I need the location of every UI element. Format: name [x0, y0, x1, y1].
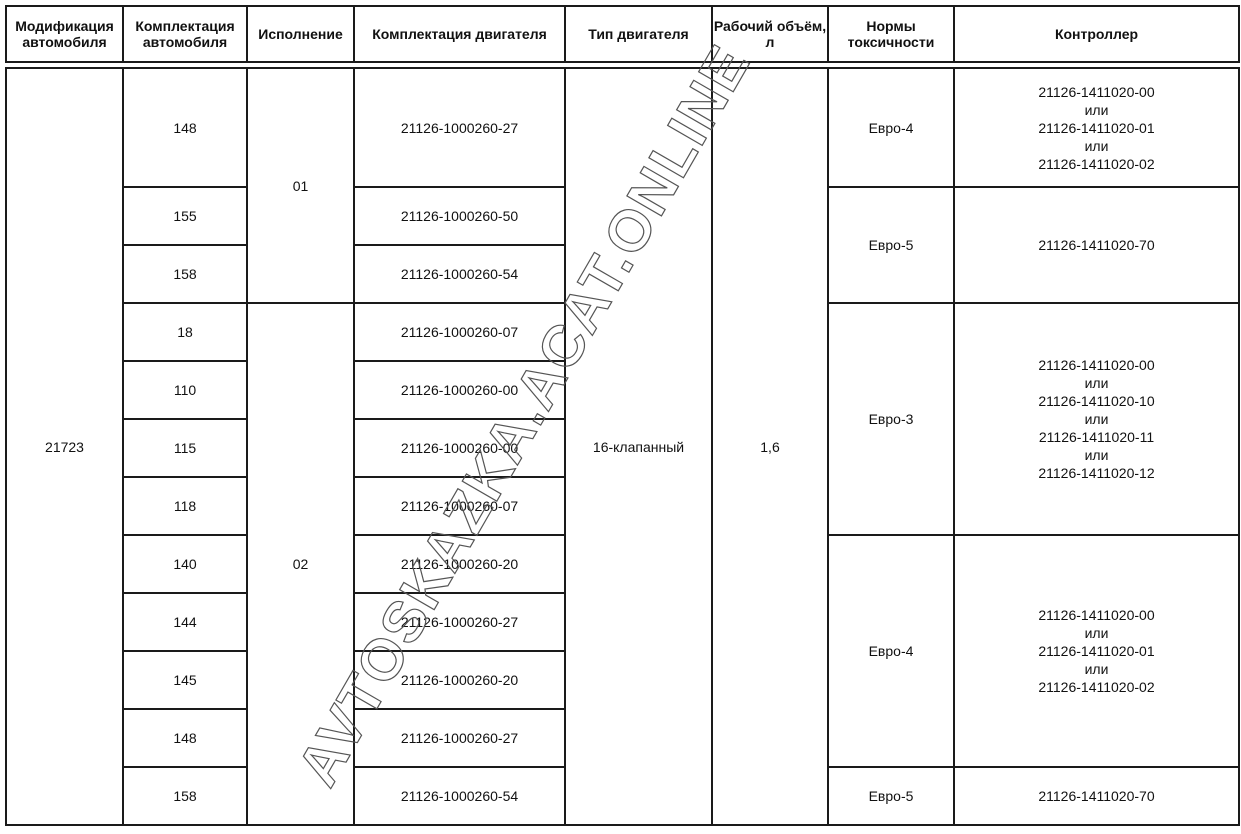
or-label: или: [955, 137, 1238, 155]
cell-car-complect: 18: [123, 303, 247, 361]
cell-car-complect: 148: [123, 709, 247, 767]
cell-toxicity-norm: Евро-4: [828, 535, 954, 767]
cell-car-complect: 155: [123, 187, 247, 245]
cell-engine-complect: 21126-1000260-50: [354, 187, 565, 245]
cell-engine-complect: 21126-1000260-54: [354, 767, 565, 825]
cell-car-complect: 140: [123, 535, 247, 593]
cell-car-complect: 118: [123, 477, 247, 535]
or-label: или: [955, 374, 1238, 392]
cell-car-complect: 158: [123, 767, 247, 825]
cell-controller: 21126-1411020-00или21126-1411020-10или21…: [954, 303, 1239, 535]
table-body: 217231480121126-1000260-2716-клапанный1,…: [5, 67, 1240, 826]
controller-part-number: 21126-1411020-12: [955, 464, 1238, 482]
table-header: Модификация автомобиля Комплектация авто…: [5, 5, 1240, 63]
cell-toxicity-norm: Евро-5: [828, 767, 954, 825]
cell-controller: 21126-1411020-00или21126-1411020-01или21…: [954, 535, 1239, 767]
cell-engine-complect: 21126-1000260-27: [354, 593, 565, 651]
header-toxicity-norms: Нормы токсичности: [828, 6, 954, 62]
controller-part-number: 21126-1411020-02: [955, 678, 1238, 696]
cell-engine-complect: 21126-1000260-54: [354, 245, 565, 303]
controller-part-number: 21126-1411020-00: [955, 83, 1238, 101]
or-label: или: [955, 660, 1238, 678]
header-car-complect: Комплектация автомобиля: [123, 6, 247, 62]
cell-engine-complect: 21126-1000260-00: [354, 419, 565, 477]
controller-part-number: 21126-1411020-01: [955, 119, 1238, 137]
cell-car-complect: 148: [123, 68, 247, 187]
cell-engine-complect: 21126-1000260-27: [354, 68, 565, 187]
cell-variant: 02: [247, 303, 354, 825]
cell-car-complect: 144: [123, 593, 247, 651]
cell-engine-complect: 21126-1000260-20: [354, 535, 565, 593]
cell-modification: 21723: [6, 68, 123, 825]
controller-part-number: 21126-1411020-01: [955, 642, 1238, 660]
cell-controller: 21126-1411020-00или21126-1411020-01или21…: [954, 68, 1239, 187]
cell-displacement: 1,6: [712, 68, 828, 825]
controller-part-number: 21126-1411020-11: [955, 428, 1238, 446]
table-row: 217231480121126-1000260-2716-клапанный1,…: [6, 68, 1239, 187]
cell-car-complect: 110: [123, 361, 247, 419]
cell-variant: 01: [247, 68, 354, 303]
cell-engine-complect: 21126-1000260-20: [354, 651, 565, 709]
header-engine-type: Тип двигателя: [565, 6, 712, 62]
cell-car-complect: 158: [123, 245, 247, 303]
or-label: или: [955, 446, 1238, 464]
or-label: или: [955, 101, 1238, 119]
controller-part-number: 21126-1411020-70: [955, 236, 1238, 254]
cell-toxicity-norm: Евро-4: [828, 68, 954, 187]
cell-engine-complect: 21126-1000260-07: [354, 477, 565, 535]
or-label: или: [955, 410, 1238, 428]
cell-toxicity-norm: Евро-3: [828, 303, 954, 535]
controller-part-number: 21126-1411020-00: [955, 356, 1238, 374]
controller-part-number: 21126-1411020-10: [955, 392, 1238, 410]
cell-controller: 21126-1411020-70: [954, 767, 1239, 825]
header-engine-complect: Комплектация двигателя: [354, 6, 565, 62]
header-displacement: Рабочий объём, л: [712, 6, 828, 62]
cell-car-complect: 145: [123, 651, 247, 709]
cell-engine-complect: 21126-1000260-00: [354, 361, 565, 419]
cell-toxicity-norm: Евро-5: [828, 187, 954, 303]
cell-engine-complect: 21126-1000260-27: [354, 709, 565, 767]
cell-car-complect: 115: [123, 419, 247, 477]
or-label: или: [955, 624, 1238, 642]
header-modification: Модификация автомобиля: [6, 6, 123, 62]
controller-part-number: 21126-1411020-02: [955, 155, 1238, 173]
cell-controller: 21126-1411020-70: [954, 187, 1239, 303]
cell-engine-complect: 21126-1000260-07: [354, 303, 565, 361]
controller-part-number: 21126-1411020-70: [955, 787, 1238, 805]
header-variant: Исполнение: [247, 6, 354, 62]
controller-part-number: 21126-1411020-00: [955, 606, 1238, 624]
cell-engine-type: 16-клапанный: [565, 68, 712, 825]
header-controller: Контроллер: [954, 6, 1239, 62]
